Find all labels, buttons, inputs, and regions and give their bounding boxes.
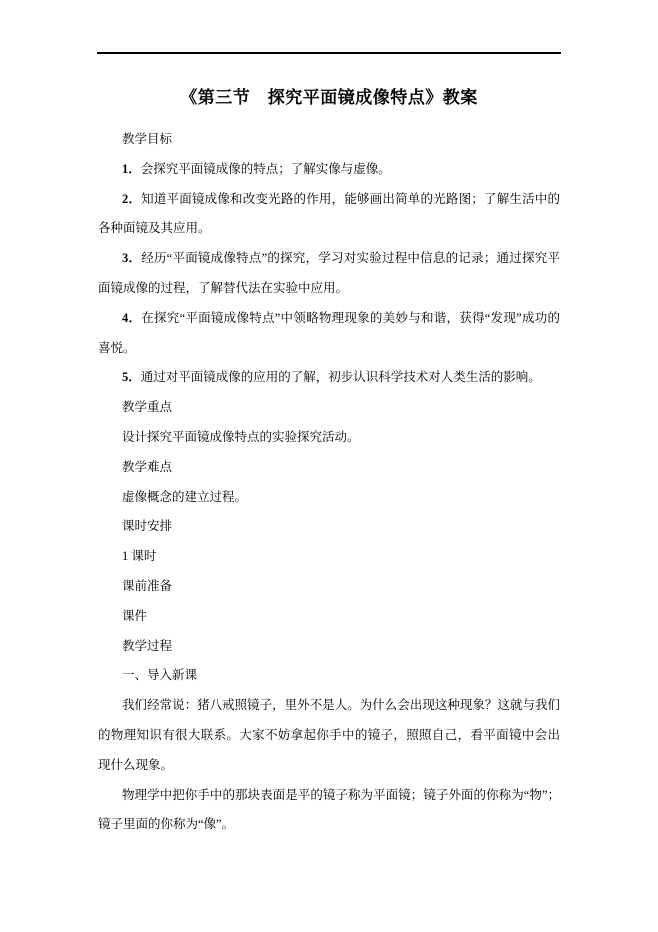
preparation-text: 课件	[98, 602, 560, 632]
preparation-heading: 课前准备	[98, 572, 560, 602]
objective-text: 在探究“平面镜成像特点”中领略物理现象的美妙与和谐，获得“发现”成功的喜悦。	[98, 311, 560, 355]
objective-text: 知道平面镜成像和改变光路的作用，能够画出简单的光路图；了解生活中的各种面镜及其应…	[98, 192, 560, 236]
lead-in-heading: 一、导入新课	[98, 661, 560, 691]
document-body: 教学目标 1．会探究平面镜成像的特点；了解实像与虚像。 2．知道平面镜成像和改变…	[98, 125, 560, 840]
document-page: 《第三节 探究平面镜成像特点》教案 教学目标 1．会探究平面镜成像的特点；了解实…	[0, 0, 658, 932]
objective-number: 1．	[122, 162, 141, 176]
objective-item-4: 4．在探究“平面镜成像特点”中领略物理现象的美妙与和谐，获得“发现”成功的喜悦。	[98, 304, 560, 364]
objective-number: 2．	[122, 192, 141, 206]
key-point-heading: 教学重点	[98, 393, 560, 423]
teaching-goals-heading: 教学目标	[98, 125, 560, 155]
header-rule	[97, 52, 561, 54]
doc-title: 《第三节 探究平面镜成像特点》教案	[98, 83, 560, 113]
objective-text: 通过对平面镜成像的应用的了解，初步认识科学技术对人类生活的影响。	[141, 370, 541, 384]
objective-text: 会探究平面镜成像的特点；了解实像与虚像。	[141, 162, 391, 176]
lead-in-paragraph-2: 物理学中把你手中的那块表面是平的镜子称为平面镜；镜子外面的你称为“物”；镜子里面…	[98, 781, 560, 841]
lead-in-paragraph-1: 我们经常说：猪八戒照镜子，里外不是人。为什么会出现这种现象？这就与我们的物理知识…	[98, 691, 560, 780]
difficulty-text: 虚像概念的建立过程。	[98, 483, 560, 513]
objective-item-1: 1．会探究平面镜成像的特点；了解实像与虚像。	[98, 155, 560, 185]
key-point-text: 设计探究平面镜成像特点的实验探究活动。	[98, 423, 560, 453]
difficulty-heading: 教学难点	[98, 453, 560, 483]
class-hours-text: 1 课时	[98, 542, 560, 572]
objective-number: 3．	[122, 251, 141, 265]
objective-number: 4．	[122, 311, 141, 325]
objective-number: 5．	[122, 370, 141, 384]
objective-text: 经历“平面镜成像特点”的探究，学习对实验过程中信息的记录；通过探究平面镜成像的过…	[98, 251, 560, 295]
teaching-process-heading: 教学过程	[98, 632, 560, 662]
document-content: 《第三节 探究平面镜成像特点》教案 教学目标 1．会探究平面镜成像的特点；了解实…	[98, 83, 560, 840]
class-hours-heading: 课时安排	[98, 512, 560, 542]
objective-item-2: 2．知道平面镜成像和改变光路的作用，能够画出简单的光路图；了解生活中的各种面镜及…	[98, 185, 560, 245]
objective-item-3: 3．经历“平面镜成像特点”的探究，学习对实验过程中信息的记录；通过探究平面镜成像…	[98, 244, 560, 304]
objective-item-5: 5．通过对平面镜成像的应用的了解，初步认识科学技术对人类生活的影响。	[98, 363, 560, 393]
